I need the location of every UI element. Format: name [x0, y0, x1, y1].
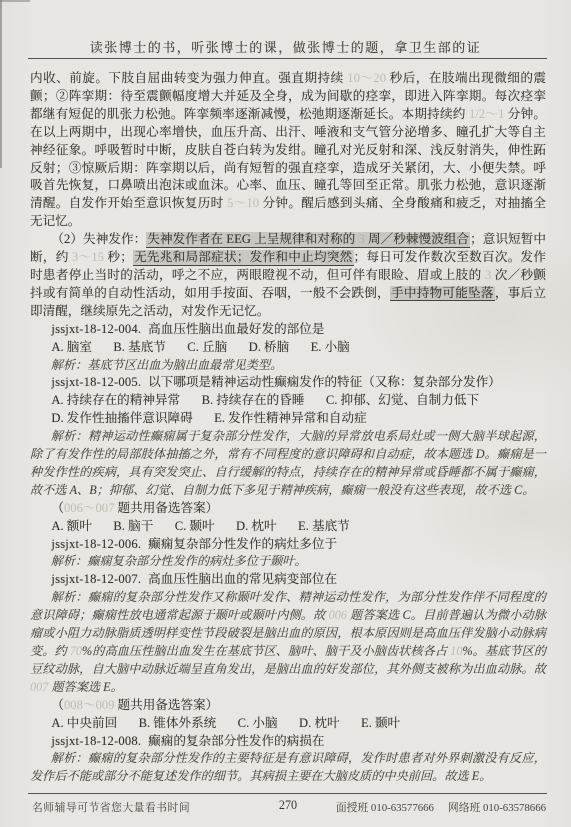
option-d: D. 枕叶 [299, 716, 340, 730]
faint-number: 1/2～1 [469, 107, 504, 121]
highlighted-phrase-no-aura: 无先兆和局部症状；发作和中止均突然 [133, 250, 354, 266]
question-008: jssjxt-18-12-008.癫痫的复杂部分性发作的病损在 [30, 733, 546, 751]
label-text: （ [51, 501, 64, 515]
body-text: （2）失神发作： [51, 232, 146, 246]
footer-divider [28, 793, 547, 794]
analysis-text: 题答案选 E。 [48, 680, 122, 694]
scan-edge-artifact [0, 0, 2, 168]
highlight-text: 失神发作者在 EEG 上呈规律和对称的 [147, 232, 358, 246]
label-text: （ [51, 698, 64, 712]
question-007: jssjxt-18-12-007.高血压性脑出血的常见病变部位在 [30, 571, 546, 589]
page-header-slogan: 读张博士的书，听张博士的课，做张博士的题，拿卫生部的证 [0, 37, 571, 56]
question-008-analysis: 解析：癫痫的复杂部分性发作的主要特征是有意识障碍，发作时患者对外界刺激没有反应，… [30, 750, 546, 786]
question-stem: 高血压性脑出血的常见病变部位在 [148, 572, 337, 586]
option-c: C. 抑郁、幻觉、自制力低下 [326, 393, 479, 407]
option-b: B. 锥体外系统 [139, 716, 217, 730]
question-stem: 高血压性脑出血最好发的部位是 [148, 322, 324, 336]
option-b: B. 脑干 [113, 519, 153, 533]
option-d: D. 发作性抽搐伴意识障碍 [51, 411, 192, 425]
option-b: B. 持续存在的昏睡 [202, 393, 305, 407]
question-005-options-row2: D. 发作性抽搐伴意识障碍E. 发作性精神异常和自动症 [30, 410, 546, 428]
question-004-options: A. 脑室B. 基底节C. 丘脑D. 桥脑E. 小脑 [30, 339, 546, 357]
page-footer: 名师辅导可节省您大量看书时间 270 面授班 010-63577666网络班 0… [30, 798, 546, 816]
page-content: 内收、前旋。下肢自屈曲转变为强力伸直。强直期持续 10～20 秒后，在肢端出现微… [30, 70, 546, 786]
option-d: D. 枕叶 [236, 519, 277, 533]
question-stem: 以下哪项是精神运动性癫痫发作的特征（又称：复杂部分发作） [148, 375, 501, 389]
option-e: E. 小脑 [311, 340, 350, 354]
shared-options-008-009: A. 中央前回B. 锥体外系统C. 小脑D. 枕叶E. 颞叶 [30, 715, 546, 733]
shared-options-006-007: A. 额叶B. 脑干C. 颞叶D. 枕叶E. 基底节 [30, 518, 546, 536]
faint-number: 10～20 [347, 71, 386, 85]
option-c: C. 小脑 [238, 716, 278, 730]
paragraph-absence-seizure: （2）失神发作：失神发作者在 EEG 上呈规律和对称的 3 周／秒棘慢波组合；意… [30, 231, 546, 321]
faint-number: 008～009 [64, 698, 114, 712]
faint-number: 10 [450, 644, 462, 658]
footer-phone-classroom: 面授班 010-63577666 [336, 802, 434, 814]
body-text: 分钟。在以上两期中，出现心率增快，血压升高、出汗、唾液和支气管分泌增多、瞳孔扩大… [30, 107, 546, 211]
question-006: jssjxt-18-12-006.癫痫复杂部分性发作的病灶多位于 [30, 536, 546, 554]
question-stem: 癫痫的复杂部分性发作的病损在 [148, 734, 324, 748]
option-e: E. 基底节 [298, 519, 350, 533]
body-text: 秒； [104, 250, 133, 264]
faint-number: 006～007 [64, 501, 114, 515]
highlighted-phrase-eeg: 失神发作者在 EEG 上呈规律和对称的 3 周／秒棘慢波组合 [146, 232, 470, 248]
question-stem: 癫痫复杂部分性发作的病灶多位于 [148, 537, 337, 551]
option-b: B. 基底节 [113, 340, 165, 354]
shared-answers-008-009-label: （008～009 题共用备选答案） [30, 697, 546, 715]
highlighted-phrase-drop-objects: 手中持物可能坠落 [390, 286, 495, 302]
faint-number: 006 [329, 608, 347, 622]
faint-number: 3～15 [72, 250, 104, 264]
question-005-analysis: 解析：精神运动性癫痫属于复杂部分性发作，大脑的异常放电系局灶或一侧大脑半球起源，… [30, 428, 546, 500]
faint-number: 5～10 [227, 196, 259, 210]
faint-number: 70 [70, 644, 82, 658]
option-a: A. 持续存在的精神异常 [51, 393, 180, 407]
question-id: jssjxt-18-12-004. [51, 322, 141, 336]
option-e: E. 发作性精神异常和自动症 [214, 411, 367, 425]
faint-number: 007 [30, 680, 48, 694]
option-a: A. 额叶 [51, 519, 92, 533]
option-a: A. 脑室 [51, 340, 92, 354]
label-text: 题共用备选答案） [114, 698, 218, 712]
scanned-book-page: 读张博士的书，听张博士的课，做张博士的题，拿卫生部的证 内收、前旋。下肢自屈曲转… [0, 0, 571, 827]
question-007-analysis: 解析：癫痫的复杂部分性发作又称颞叶发作、精神运动性发作，为部分性发作伴不同程度的… [30, 589, 546, 696]
option-e: E. 颞叶 [361, 716, 400, 730]
question-004-analysis: 解析：基底节区出血为脑出血最常见类型。 [30, 357, 546, 375]
option-a: A. 中央前回 [51, 716, 117, 730]
option-c: C. 颞叶 [175, 519, 215, 533]
question-005: jssjxt-18-12-005.以下哪项是精神运动性癫痫发作的特征（又称：复杂… [30, 374, 546, 392]
question-id: jssjxt-18-12-005. [51, 375, 141, 389]
paragraph-tonic-clonic-seizure: 内收、前旋。下肢自屈曲转变为强力伸直。强直期持续 10～20 秒后，在肢端出现微… [30, 70, 546, 231]
question-006-analysis: 解析：癫痫复杂部分性发作的病灶多位于颞叶。 [30, 553, 546, 571]
question-id: jssjxt-18-12-007. [51, 572, 141, 586]
option-c: C. 丘脑 [187, 340, 227, 354]
page-number: 270 [279, 798, 297, 813]
header-divider [28, 58, 547, 59]
analysis-text: %的高血压性脑出血发生在基底节区、脑叶、脑干及小脑齿状核各占 [82, 644, 450, 658]
highlight-text: 周／秒棘慢波组合 [365, 232, 469, 246]
option-d: D. 桥脑 [249, 340, 290, 354]
question-005-options-row1: A. 持续存在的精神异常B. 持续存在的昏睡C. 抑郁、幻觉、自制力低下 [30, 392, 546, 410]
body-text: 内收、前旋。下肢自屈曲转变为强力伸直。强直期持续 [30, 71, 347, 85]
label-text: 题共用备选答案） [114, 501, 218, 515]
footer-contact: 面授班 010-63577666网络班 010-63578666 [322, 800, 546, 815]
question-id: jssjxt-18-12-008. [51, 734, 141, 748]
question-id: jssjxt-18-12-006. [51, 537, 141, 551]
footer-left-slogan: 名师辅导可节省您大量看书时间 [32, 800, 190, 815]
question-004: jssjxt-18-12-004.高血压性脑出血最好发的部位是 [30, 321, 546, 339]
footer-phone-online: 网络班 010-63578666 [448, 802, 546, 814]
shared-answers-006-007-label: （006～007 题共用备选答案） [30, 500, 546, 518]
scan-corner-artifact [0, 0, 30, 2]
